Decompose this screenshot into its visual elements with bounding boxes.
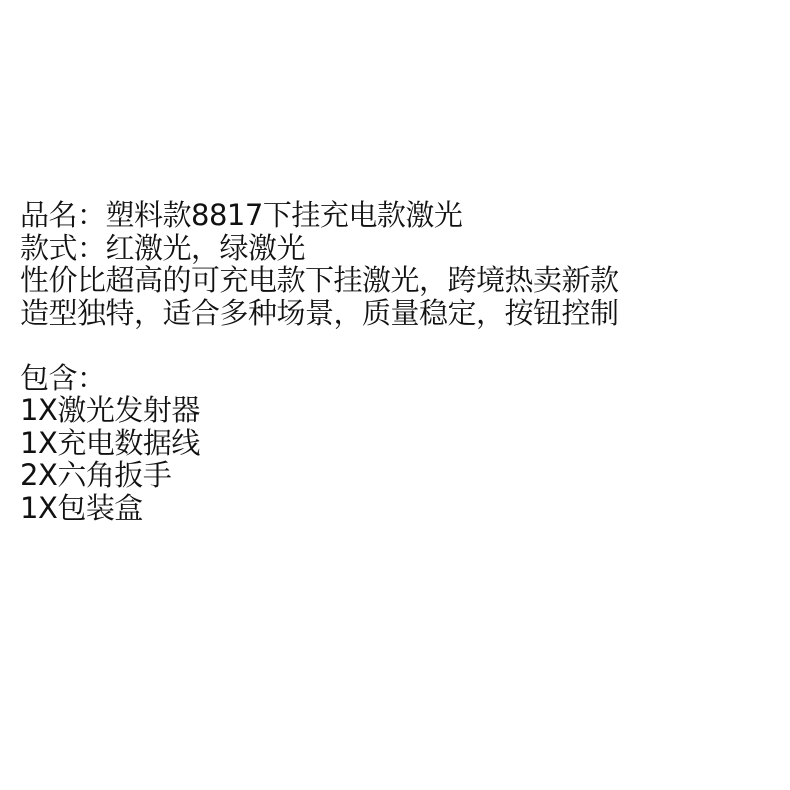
contents-item: 2X六角扳手 [20, 459, 780, 492]
style-line: 款式：红激光，绿激光 [20, 232, 780, 265]
description-line-2: 造型独特，适合多种场景，质量稳定，按钮控制 [20, 297, 780, 330]
product-name-value: 塑料款8817下挂充电款激光 [106, 198, 463, 232]
style-value: 红激光，绿激光 [106, 231, 306, 265]
contents-label: 包含： [20, 362, 780, 395]
spacer [20, 329, 780, 362]
description-line-1: 性价比超高的可充电款下挂激光，跨境热卖新款 [20, 264, 780, 297]
contents-item: 1X激光发射器 [20, 394, 780, 427]
style-label: 款式： [20, 231, 106, 265]
contents-item: 1X包装盒 [20, 492, 780, 525]
product-description: 品名：塑料款8817下挂充电款激光 款式：红激光，绿激光 性价比超高的可充电款下… [20, 199, 780, 524]
product-name-label: 品名： [20, 198, 106, 232]
product-name-line: 品名：塑料款8817下挂充电款激光 [20, 199, 780, 232]
contents-item: 1X充电数据线 [20, 427, 780, 460]
